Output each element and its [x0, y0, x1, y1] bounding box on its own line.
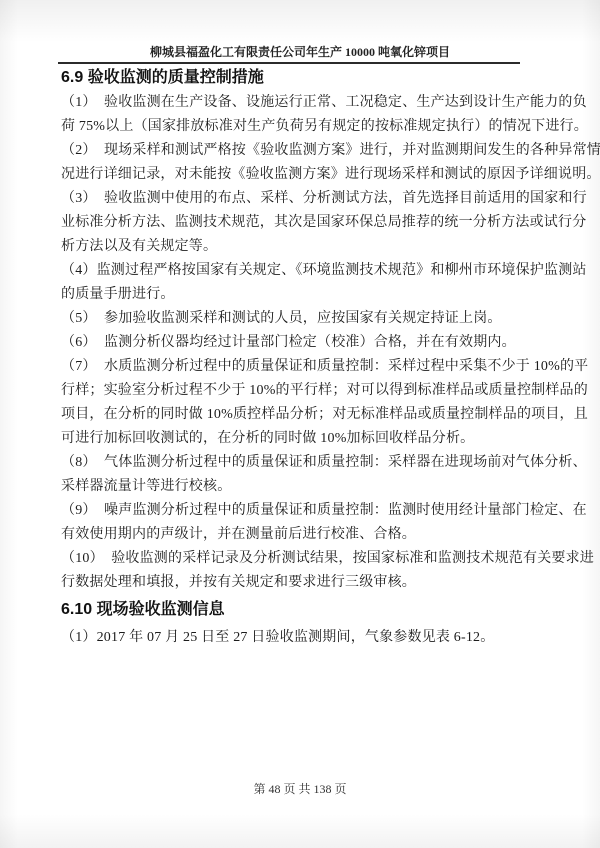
paragraph: （10） 验收监测的采样记录及分析测试结果，按国家标准和监测技术规范有关要求进行… [61, 547, 541, 595]
text-line: （4）监测过程严格按国家有关规定、《环境监测技术规范》和柳州市环境保护监测站 [61, 259, 541, 283]
document-page: { "page": { "header_title": "柳城县福盈化工有限责任… [0, 0, 600, 848]
text-line: 析方法以及有关规定等。 [61, 235, 541, 259]
section-heading: 6.9 验收监测的质量控制措施 [61, 65, 541, 91]
text-line: 况进行详细记录，对未能按《验收监测方案》进行现场采样和测试的原因予详细说明。 [61, 163, 541, 187]
running-header-title: 柳城县福盈化工有限责任公司年生产 10000 吨氧化锌项目 [0, 44, 600, 60]
text-line: （2） 现场采样和测试严格按《验收监测方案》进行，并对监测期间发生的各种异常情 [61, 139, 541, 163]
text-line: （5） 参加验收监测采样和测试的人员，应按国家有关规定持证上岗。 [61, 307, 541, 331]
paragraph: （1）2017 年 07 月 25 日至 27 日验收监测期间，气象参数见表 6… [61, 626, 541, 650]
text-line: （6） 监测分析仪器均经过计量部门检定（校准）合格，并在有效期内。 [61, 331, 541, 355]
text-line: 业标准分析方法、监测技术规范，其次是国家环保总局推荐的统一分析方法或试行分 [61, 211, 541, 235]
paragraph: （6） 监测分析仪器均经过计量部门检定（校准）合格，并在有效期内。 [61, 331, 541, 355]
document-body: 6.9 验收监测的质量控制措施（1） 验收监测在生产设备、设施运行正常、工况稳定… [61, 65, 541, 650]
paragraph: （8） 气体监测分析过程中的质量保证和质量控制：采样器在进现场前对气体分析、采样… [61, 451, 541, 499]
paragraph: （3） 验收监测中使用的布点、采样、分析测试方法，首先选择目前适用的国家和行业标… [61, 187, 541, 259]
paragraph: （9） 噪声监测分析过程中的质量保证和质量控制：监测时使用经计量部门检定、在有效… [61, 499, 541, 547]
text-line: 有效使用期内的声级计，并在测量前后进行校准、合格。 [61, 523, 541, 547]
text-line: （9） 噪声监测分析过程中的质量保证和质量控制：监测时使用经计量部门检定、在 [61, 499, 541, 523]
page-number-footer: 第 48 页 共 138 页 [0, 781, 600, 797]
text-line: 荷 75%以上（国家排放标准对生产负荷另有规定的按标准规定执行）的情况下进行。 [61, 115, 541, 139]
text-line: 可进行加标回收测试的，在分析的同时做 10%加标回收样品分析。 [61, 427, 541, 451]
text-line: （1）2017 年 07 月 25 日至 27 日验收监测期间，气象参数见表 6… [61, 626, 541, 650]
text-line: （1） 验收监测在生产设备、设施运行正常、工况稳定、生产达到设计生产能力的负 [61, 91, 541, 115]
section-heading: 6.10 现场验收监测信息 [61, 597, 541, 623]
text-line: （3） 验收监测中使用的布点、采样、分析测试方法，首先选择目前适用的国家和行 [61, 187, 541, 211]
paragraph: （5） 参加验收监测采样和测试的人员，应按国家有关规定持证上岗。 [61, 307, 541, 331]
header-rule [58, 62, 520, 64]
paragraph: （2） 现场采样和测试严格按《验收监测方案》进行，并对监测期间发生的各种异常情况… [61, 139, 541, 187]
paragraph: （4）监测过程严格按国家有关规定、《环境监测技术规范》和柳州市环境保护监测站的质… [61, 259, 541, 307]
text-line: 行数据处理和填报，并按有关规定和要求进行三级审核。 [61, 571, 541, 595]
text-line: 采样器流量计等进行校核。 [61, 475, 541, 499]
paragraph: （7） 水质监测分析过程中的质量保证和质量控制：采样过程中采集不少于 10%的平… [61, 355, 541, 451]
text-line: （10） 验收监测的采样记录及分析测试结果，按国家标准和监测技术规范有关要求进 [61, 547, 541, 571]
text-line: 行样；实验室分析过程不少于 10%的平行样；对可以得到标准样品或质量控制样品的 [61, 379, 541, 403]
text-line: 的质量手册进行。 [61, 283, 541, 307]
text-line: （7） 水质监测分析过程中的质量保证和质量控制：采样过程中采集不少于 10%的平 [61, 355, 541, 379]
paragraph: （1） 验收监测在生产设备、设施运行正常、工况稳定、生产达到设计生产能力的负荷 … [61, 91, 541, 139]
text-line: 项目，在分析的同时做 10%质控样品分析；对无标准样品或质量控制样品的项目，且 [61, 403, 541, 427]
text-line: （8） 气体监测分析过程中的质量保证和质量控制：采样器在进现场前对气体分析、 [61, 451, 541, 475]
